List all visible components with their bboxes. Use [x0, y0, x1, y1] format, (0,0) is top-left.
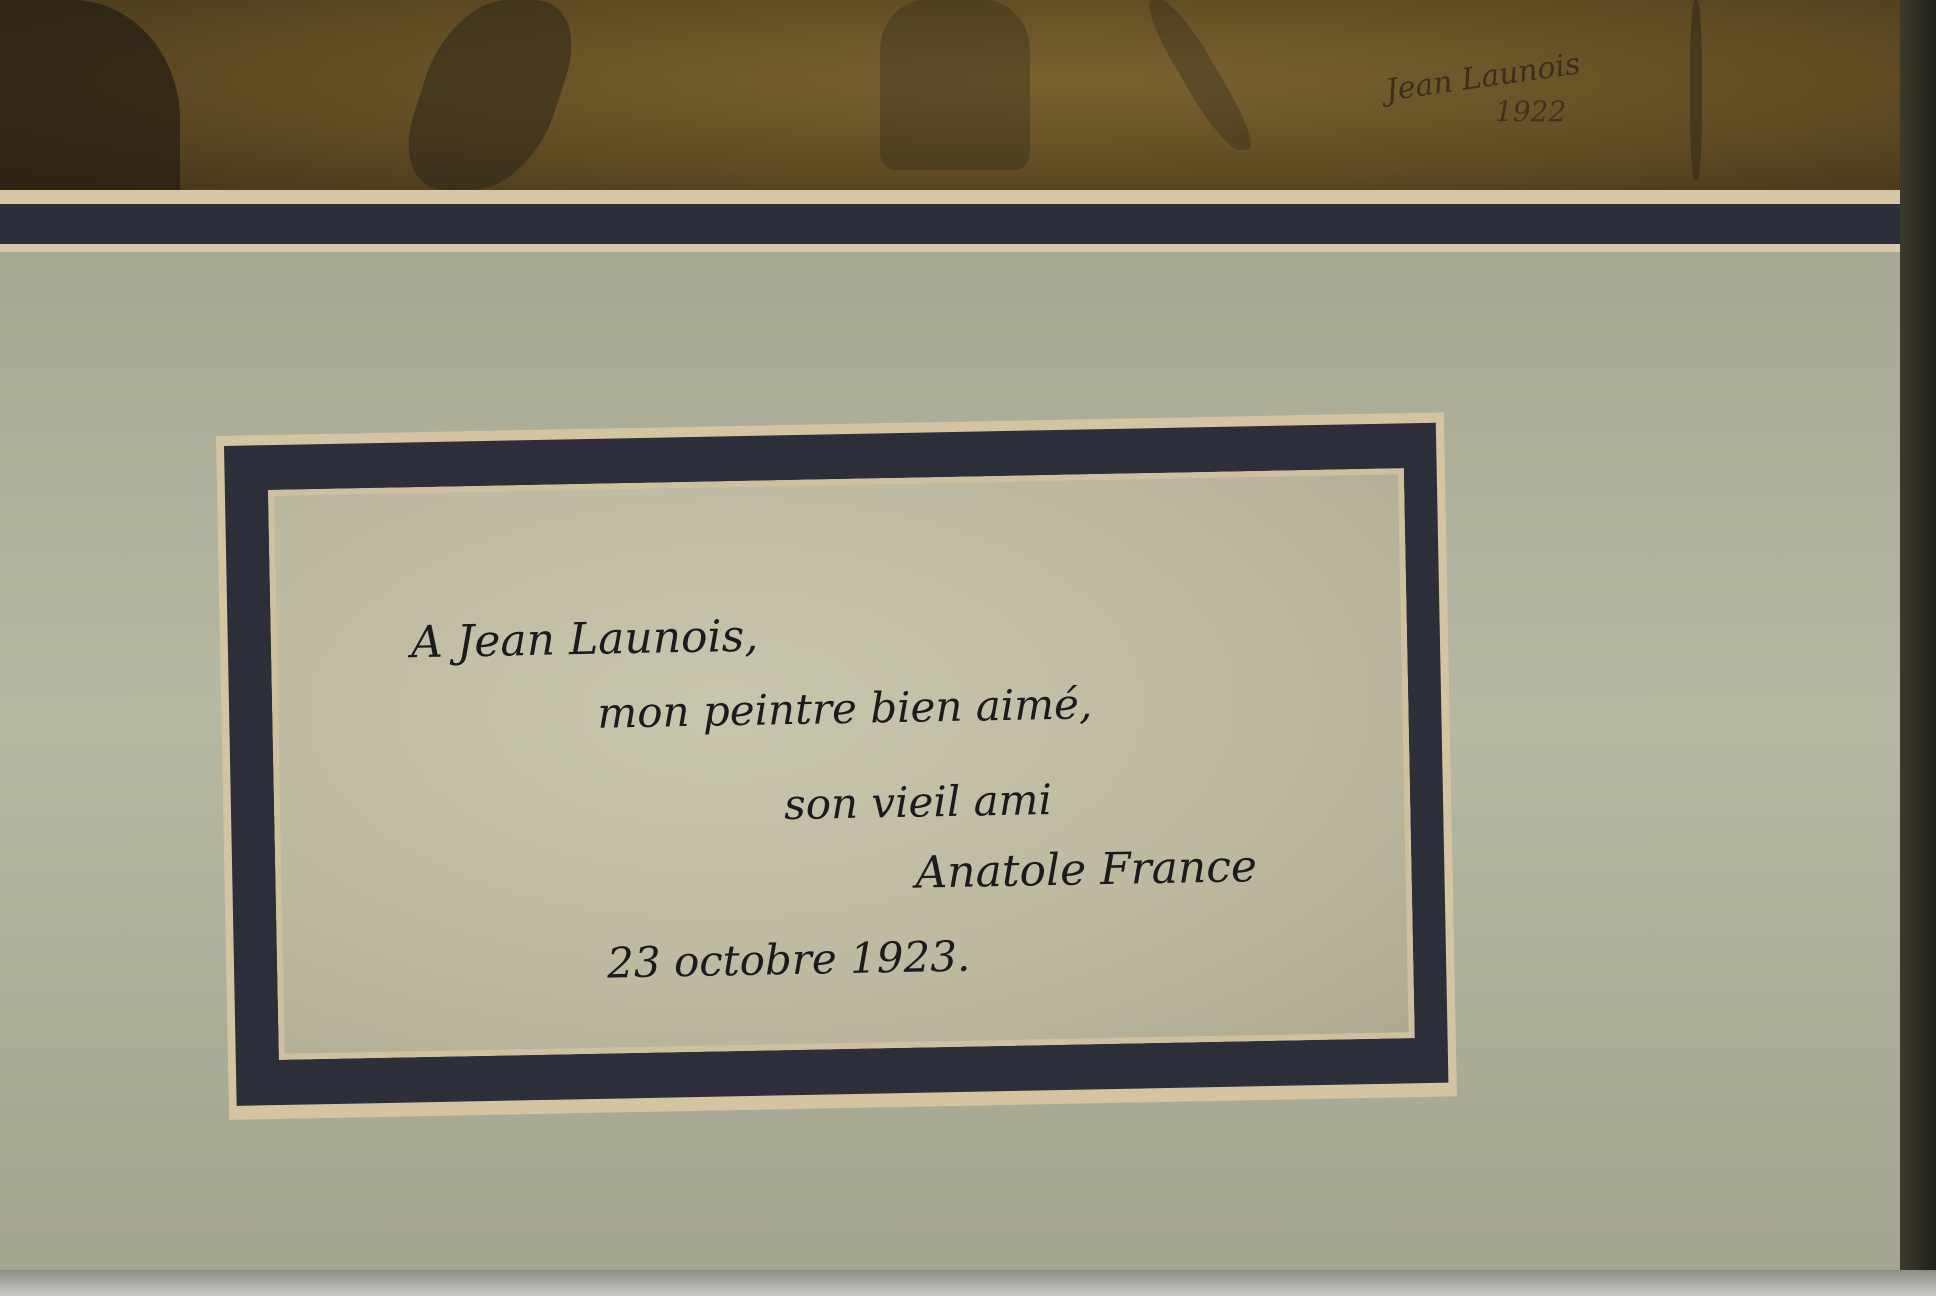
- dark-mat-band: [0, 204, 1936, 248]
- frame-edge-right: [1900, 0, 1936, 1296]
- drawing-year: 1922: [1495, 95, 1566, 128]
- pencil-drawing: Jean Launois 1922: [0, 0, 1936, 200]
- signature: Anatole France: [915, 841, 1257, 899]
- drawing-stroke: [0, 0, 180, 200]
- drawing-stroke: [880, 0, 1030, 170]
- drawing-mat-edge: [0, 190, 1936, 204]
- dedication-line: mon peintre bien aimé,: [597, 679, 1093, 737]
- handwritten-card: A Jean Launois, mon peintre bien aimé, s…: [268, 468, 1415, 1060]
- drawing-stroke: [1137, 0, 1264, 150]
- dedication-line: A Jean Launois,: [410, 611, 758, 669]
- date-line: 23 octobre 1923.: [607, 932, 971, 988]
- drawing-stroke: [389, 0, 591, 190]
- drawing-stroke: [1690, 0, 1702, 180]
- closing-line: son vieil ami: [784, 775, 1053, 829]
- frame-edge-bottom: [0, 1270, 1936, 1296]
- mat-bevel: [0, 244, 1936, 252]
